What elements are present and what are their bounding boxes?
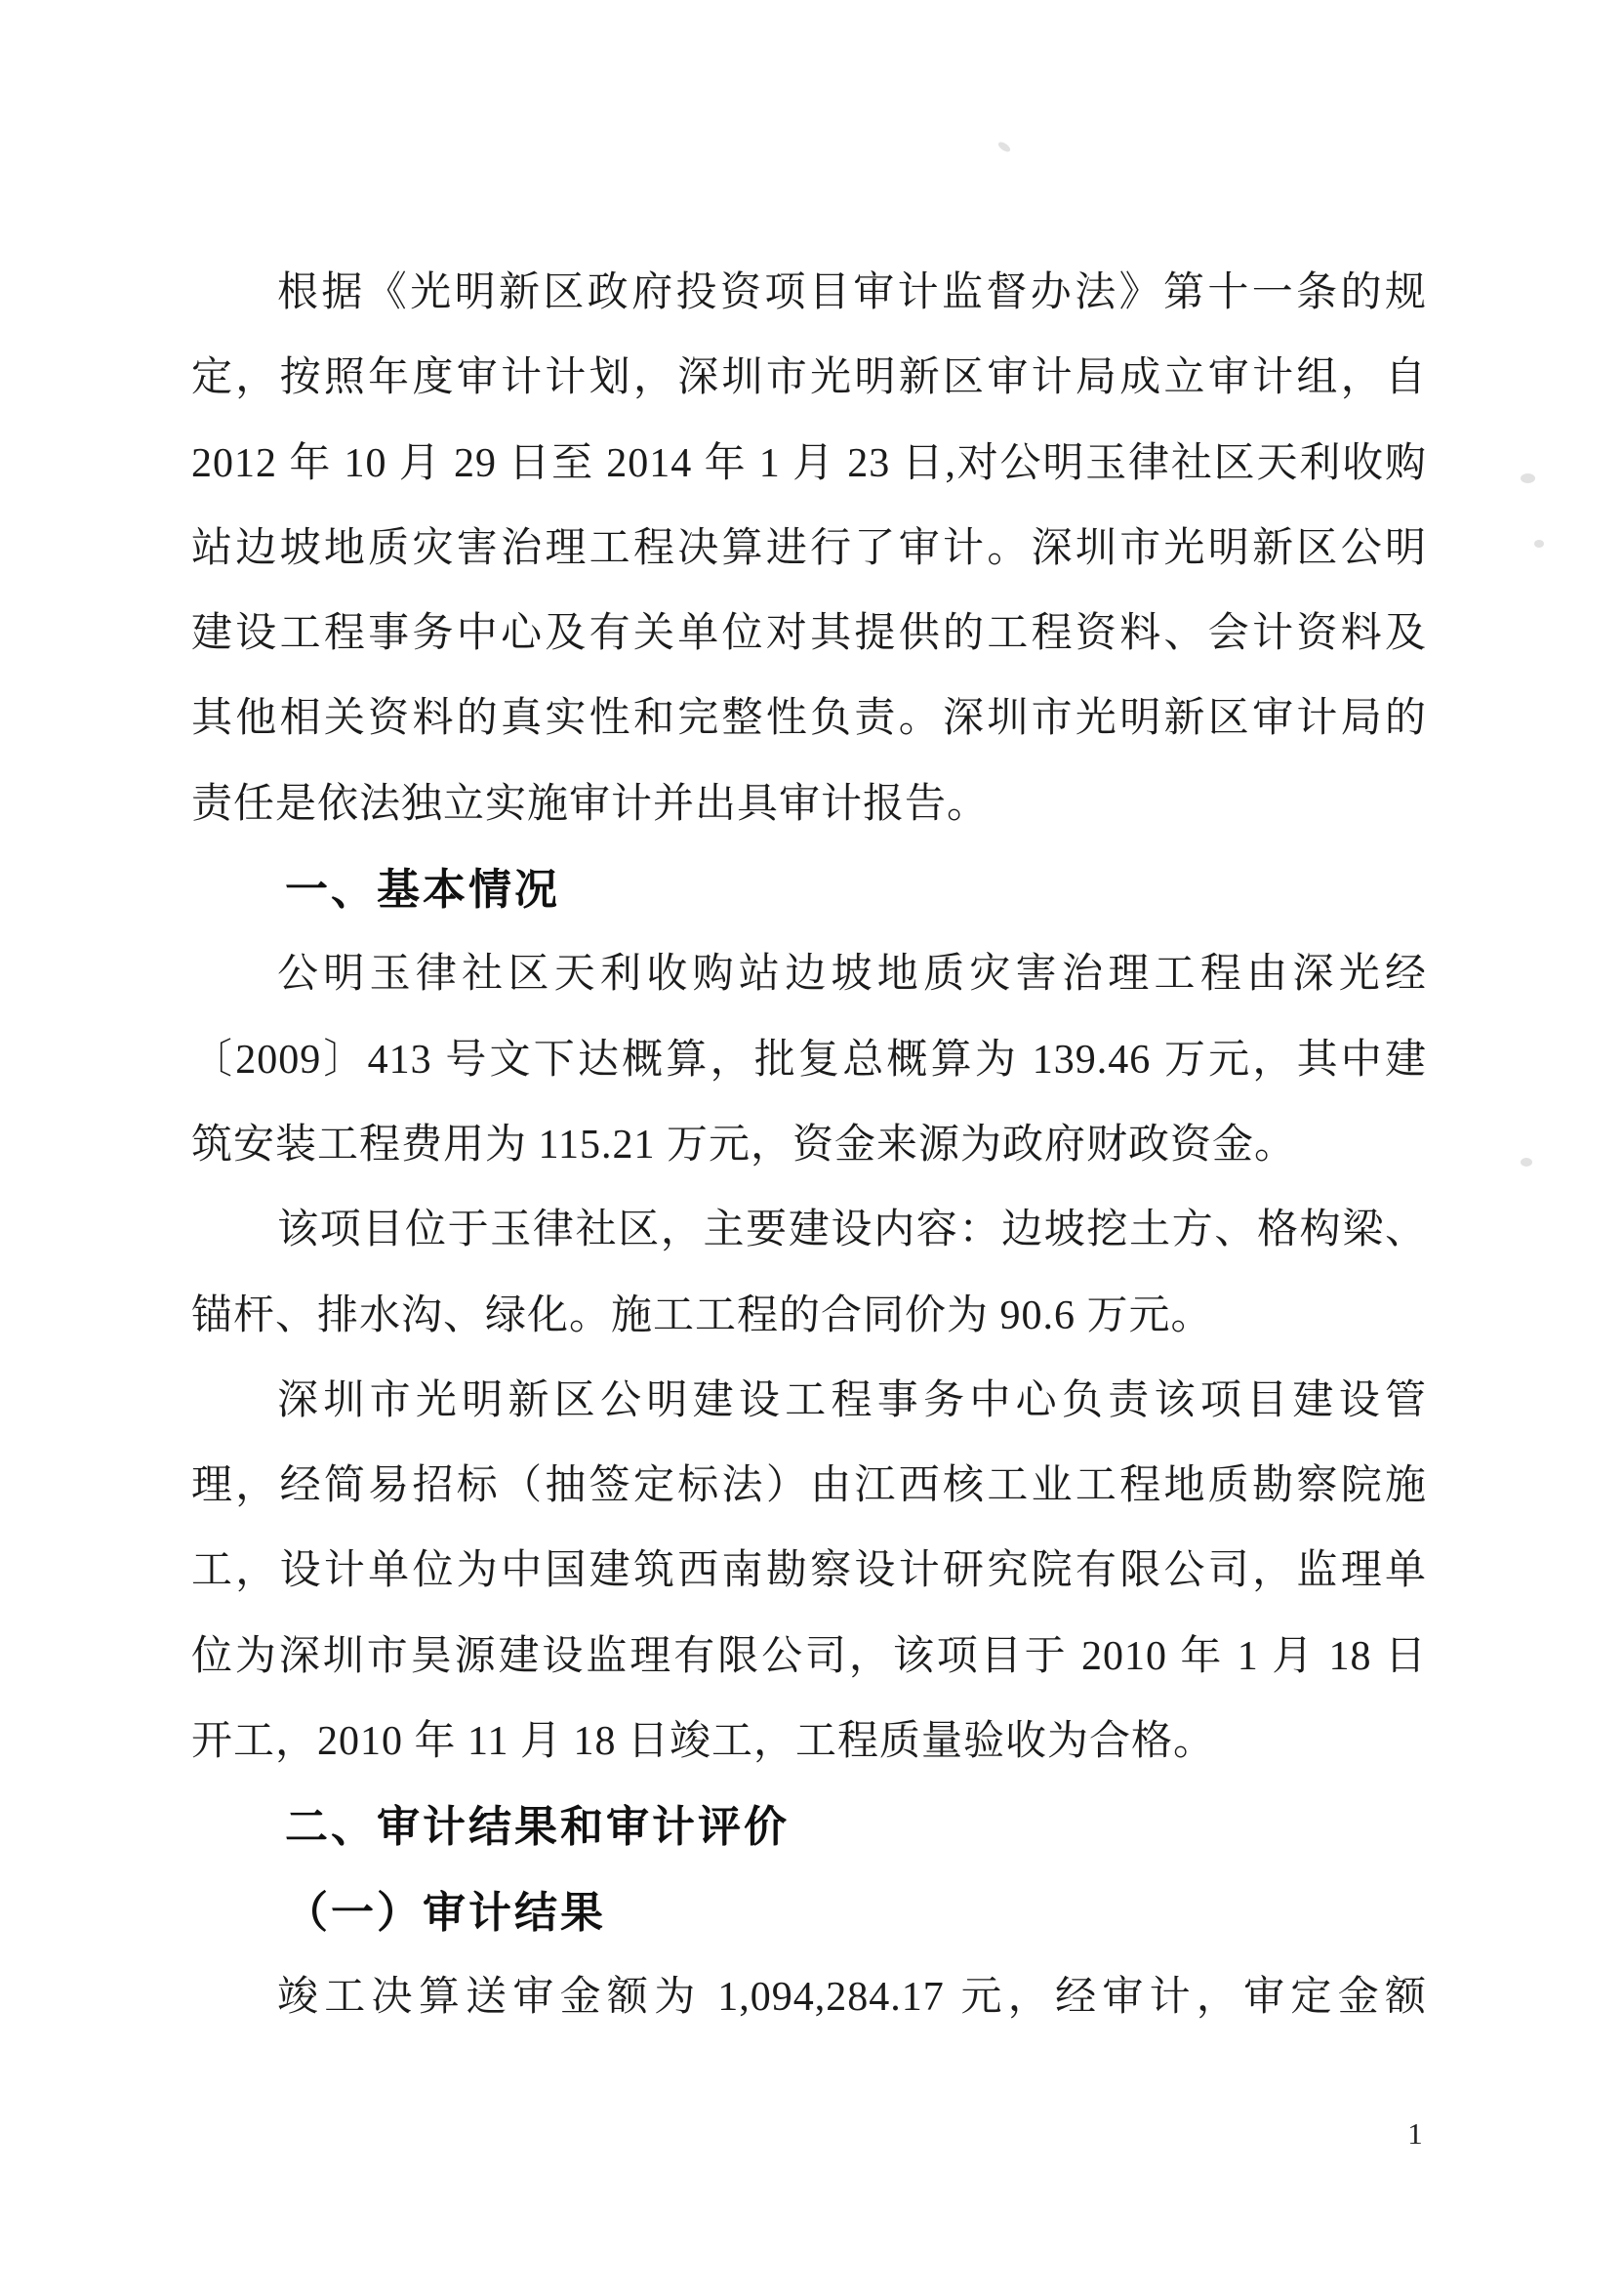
scan-artifact — [1521, 1158, 1532, 1167]
paragraph-1-line-7: 责任是依法独立实施审计并出具审计报告。 — [191, 762, 1427, 847]
paragraph-2-line-3: 筑安装工程费用为 115.21 万元，资金来源为政府财政资金。 — [191, 1103, 1427, 1188]
paragraph-1-line-5: 建设工程事务中心及有关单位对其提供的工程资料、会计资料及 — [191, 592, 1427, 676]
scan-artifact — [1521, 473, 1535, 483]
paragraph-1-line-4: 站边坡地质灾害治理工程决算进行了审计。深圳市光明新区公明 — [191, 507, 1427, 592]
subsection-heading-audit-result: （一）审计结果 — [191, 1870, 1427, 1955]
paragraph-2-line-2: 〔2009〕413 号文下达概算，批复总概算为 139.46 万元，其中建 — [191, 1018, 1427, 1103]
page-number: 1 — [1394, 2107, 1437, 2161]
paragraph-4-line-5: 开工，2010 年 11 月 18 日竣工，工程质量验收为合格。 — [191, 1700, 1427, 1784]
section-heading-audit-results: 二、审计结果和审计评价 — [191, 1784, 1427, 1869]
section-heading-basic-info: 一、基本情况 — [191, 847, 1427, 932]
paragraph-2-line-1: 公明玉律社区天利收购站边坡地质灾害治理工程由深光经 — [191, 932, 1427, 1017]
scan-artifact — [996, 141, 1011, 154]
paragraph-4-line-4: 位为深圳市昊源建设监理有限公司，该项目于 2010 年 1 月 18 日 — [191, 1615, 1427, 1700]
scan-artifact — [1534, 540, 1544, 548]
paragraph-4-line-2: 理，经简易招标（抽签定标法）由江西核工业工程地质勘察院施 — [191, 1444, 1427, 1529]
paragraph-1-line-1: 根据《光明新区政府投资项目审计监督办法》第十一条的规 — [191, 251, 1427, 336]
paragraph-4-line-1: 深圳市光明新区公明建设工程事务中心负责该项目建设管 — [191, 1359, 1427, 1444]
paragraph-1-line-2: 定，按照年度审计计划，深圳市光明新区审计局成立审计组，自 — [191, 336, 1427, 421]
paragraph-1-line-6: 其他相关资料的真实性和完整性负责。深圳市光明新区审计局的 — [191, 676, 1427, 761]
paragraph-1-line-3: 2012 年 10 月 29 日至 2014 年 1 月 23 日,对公明玉律社… — [191, 422, 1427, 507]
paragraph-3-line-1: 该项目位于玉律社区，主要建设内容：边坡挖土方、格构梁、 — [191, 1188, 1427, 1273]
paragraph-4-line-3: 工，设计单位为中国建筑西南勘察设计研究院有限公司，监理单 — [191, 1529, 1427, 1614]
paragraph-5-line-1: 竣工决算送审金额为 1,094,284.17 元，经审计，审定金额 — [191, 1955, 1427, 2040]
document-body: 根据《光明新区政府投资项目审计监督办法》第十一条的规 定，按照年度审计计划，深圳… — [191, 251, 1427, 2040]
paragraph-3-line-2: 锚杆、排水沟、绿化。施工工程的合同价为 90.6 万元。 — [191, 1274, 1427, 1359]
scanned-audit-report-page: 根据《光明新区政府投资项目审计监督办法》第十一条的规 定，按照年度审计计划，深圳… — [0, 0, 1624, 2296]
